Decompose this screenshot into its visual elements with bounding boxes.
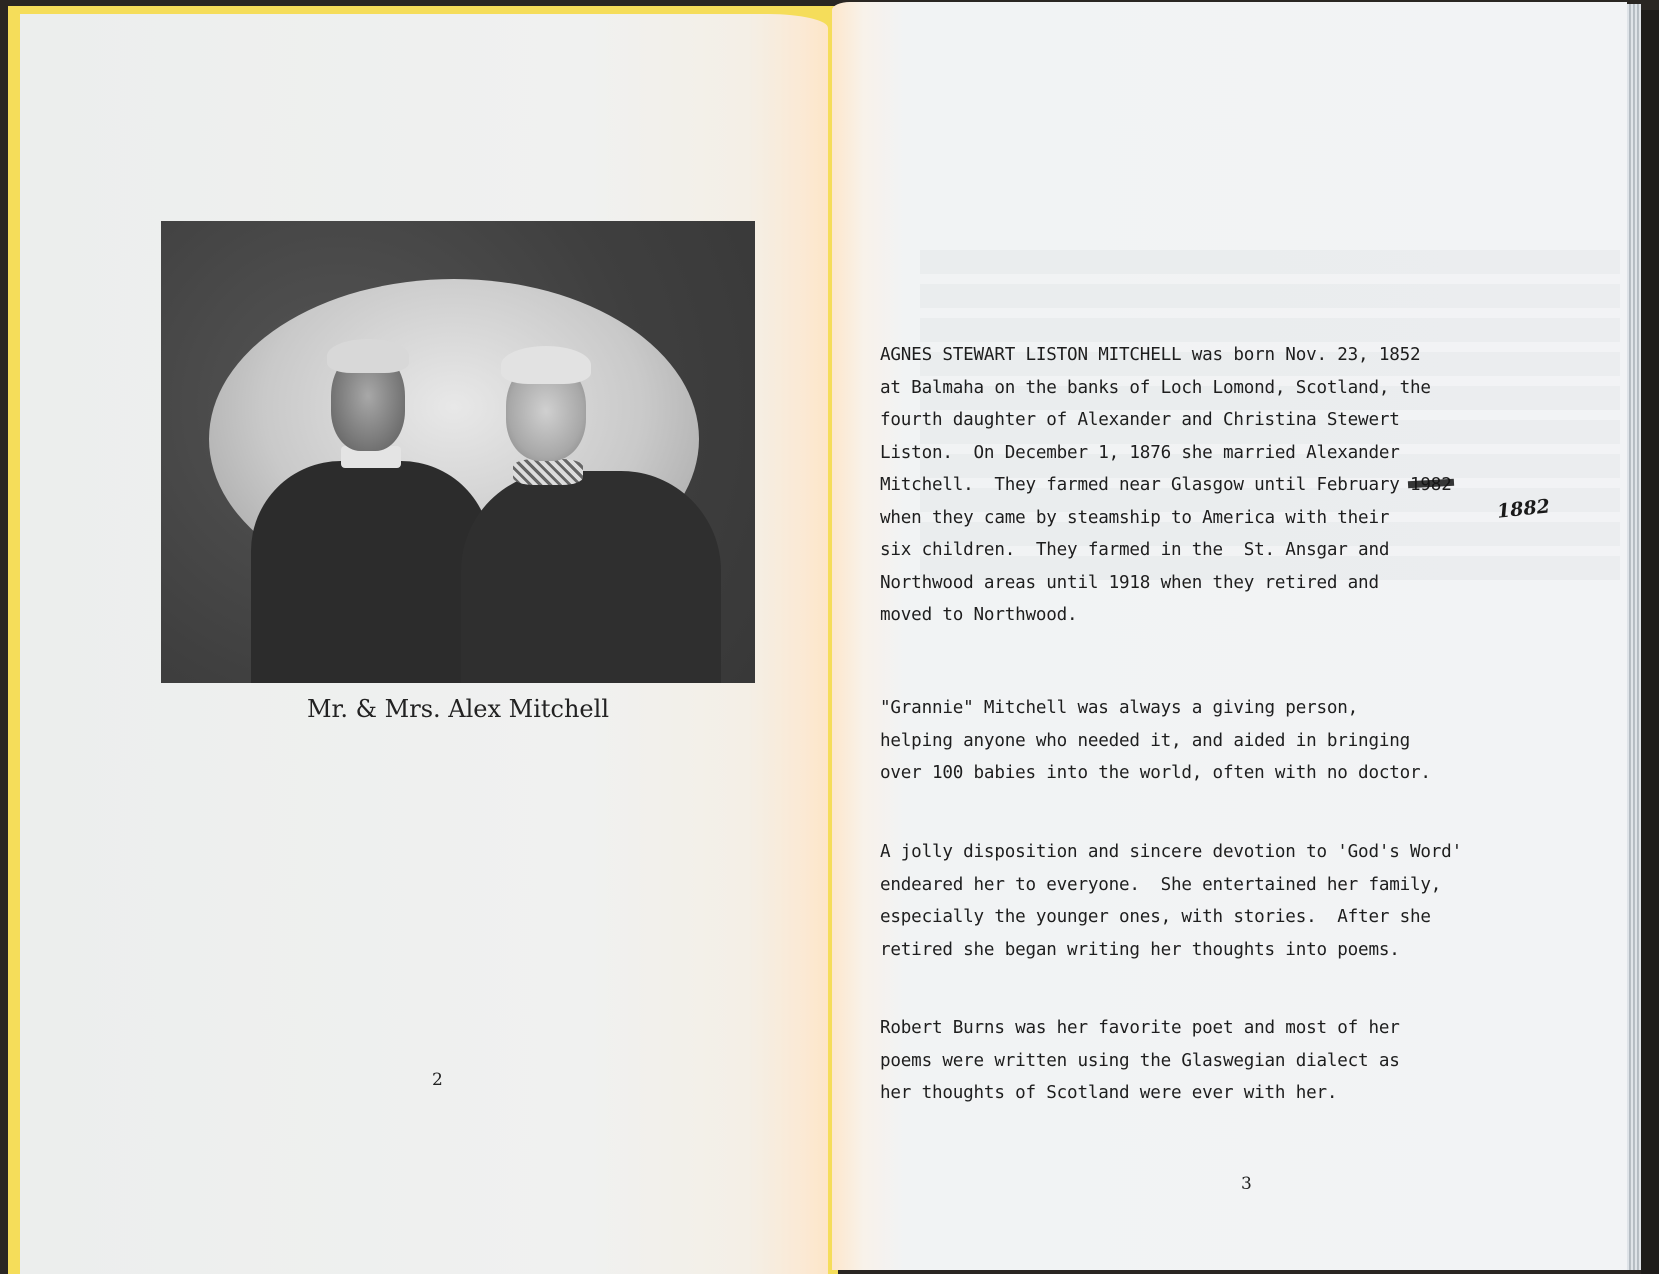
text-line: poems were written using the Glaswegian …: [880, 1051, 1400, 1071]
photo-woman-hair: [501, 346, 591, 384]
text-line: Northwood areas until 1918 when they ret…: [880, 573, 1379, 593]
text-line: fourth daughter of Alexander and Christi…: [880, 410, 1400, 430]
text-line: A jolly disposition and sincere devotion…: [880, 842, 1462, 862]
text-line: retired she began writing her thoughts i…: [880, 940, 1400, 960]
text-line: helping anyone who needed it, and aided …: [880, 731, 1410, 751]
photo-man-figure: [251, 461, 491, 683]
text-line: Robert Burns was her favorite poet and m…: [880, 1018, 1400, 1038]
photo-woman-figure: [461, 471, 721, 683]
struck-out-year: 1982: [1410, 469, 1452, 502]
text-line: her thoughts of Scotland were ever with …: [880, 1083, 1337, 1103]
biography-paragraph-3: A jolly disposition and sincere devotion…: [880, 836, 1580, 966]
text-line: especially the younger ones, with storie…: [880, 907, 1431, 927]
page-number-right: 3: [1241, 1174, 1252, 1194]
text-line: when they came by steamship to America w…: [880, 508, 1389, 528]
text-line: six children. They farmed in the St. Ans…: [880, 540, 1389, 560]
portrait-photo: [161, 221, 755, 683]
page-stack-edges: [1627, 4, 1641, 1270]
photo-woman-lace-collar: [513, 459, 583, 485]
text-line: Liston. On December 1, 1876 she married …: [880, 443, 1400, 463]
text-line: endeared her to everyone. She entertaine…: [880, 875, 1441, 895]
biography-paragraph-1: AGNES STEWART LISTON MITCHELL was born N…: [880, 339, 1580, 632]
page-number-left: 2: [432, 1070, 443, 1090]
text-line: over 100 babies into the world, often wi…: [880, 763, 1431, 783]
text-line: AGNES STEWART LISTON MITCHELL was born N…: [880, 345, 1420, 365]
text-line: moved to Northwood.: [880, 605, 1077, 625]
photo-caption: Mr. & Mrs. Alex Mitchell: [161, 695, 755, 723]
photo-man-hair: [327, 339, 409, 373]
biography-paragraph-2: "Grannie" Mitchell was always a giving p…: [880, 692, 1580, 790]
book-back-edge: [1641, 10, 1659, 1274]
text-line: "Grannie" Mitchell was always a giving p…: [880, 698, 1358, 718]
biography-paragraph-4: Robert Burns was her favorite poet and m…: [880, 1012, 1580, 1110]
text-line: at Balmaha on the banks of Loch Lomond, …: [880, 378, 1431, 398]
text-line: Mitchell. They farmed near Glasgow until…: [880, 475, 1410, 495]
